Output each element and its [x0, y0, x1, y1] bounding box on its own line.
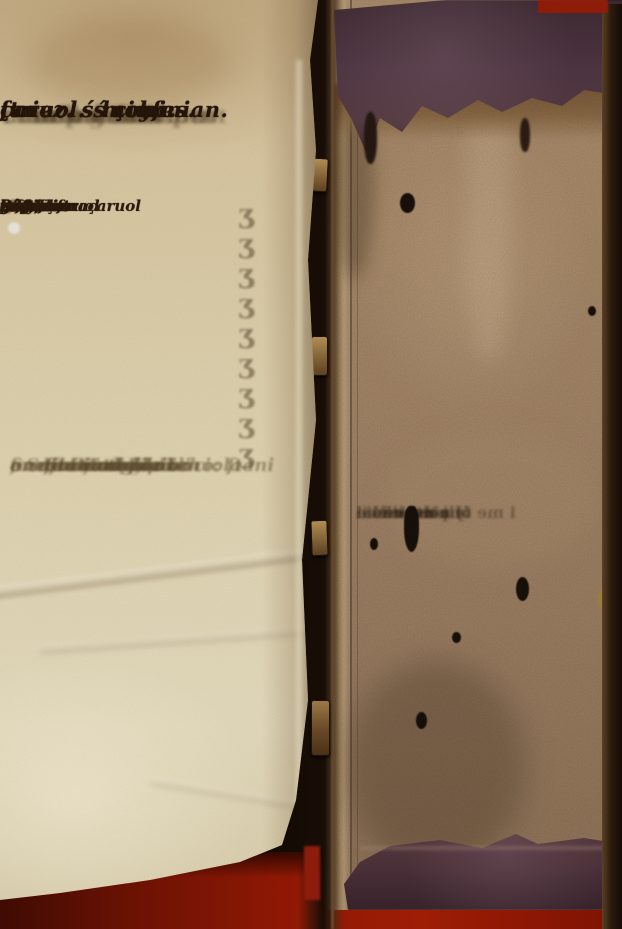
fold-highlight [296, 60, 302, 820]
ink-drip-spot [404, 506, 419, 552]
left-page: amu e ſ amuos cuine cuimil ge o ſ punum … [0, 0, 338, 905]
ink-spot [516, 577, 529, 601]
ghost-flourish-column: ʒ ʒ ʒ ʒ ʒ ʒ ʒ ʒ ʒ [226, 200, 266, 470]
leather-drip [520, 118, 530, 152]
red-table-sliver [538, 0, 608, 13]
ink-spot [370, 538, 378, 550]
ink-spot [588, 306, 596, 316]
paper-fleck [8, 222, 20, 234]
sewing-clasp [311, 700, 330, 756]
text-line: fanez. ś lucha. [0, 92, 177, 127]
red-gap-sliver [304, 846, 320, 900]
ink-spot [416, 712, 427, 729]
text-line: pils. o io e [356, 498, 448, 528]
sewing-clasp [310, 520, 328, 557]
ink-spot [400, 193, 415, 213]
ink-spot [452, 632, 461, 643]
sewing-clasp [311, 336, 328, 376]
leather-fold-ridge [360, 846, 610, 850]
dark-stain [346, 660, 526, 870]
cover-fore-edge [602, 4, 622, 929]
manuscript-photo: oďo ct lo tarecron ſos. ſi quananno ceni… [0, 0, 622, 929]
sewing-cord [331, 0, 334, 929]
leather-drip [364, 112, 377, 164]
text-line: aunagi [80, 452, 149, 479]
list-cell-c3: ſalvadoz [0, 197, 69, 216]
